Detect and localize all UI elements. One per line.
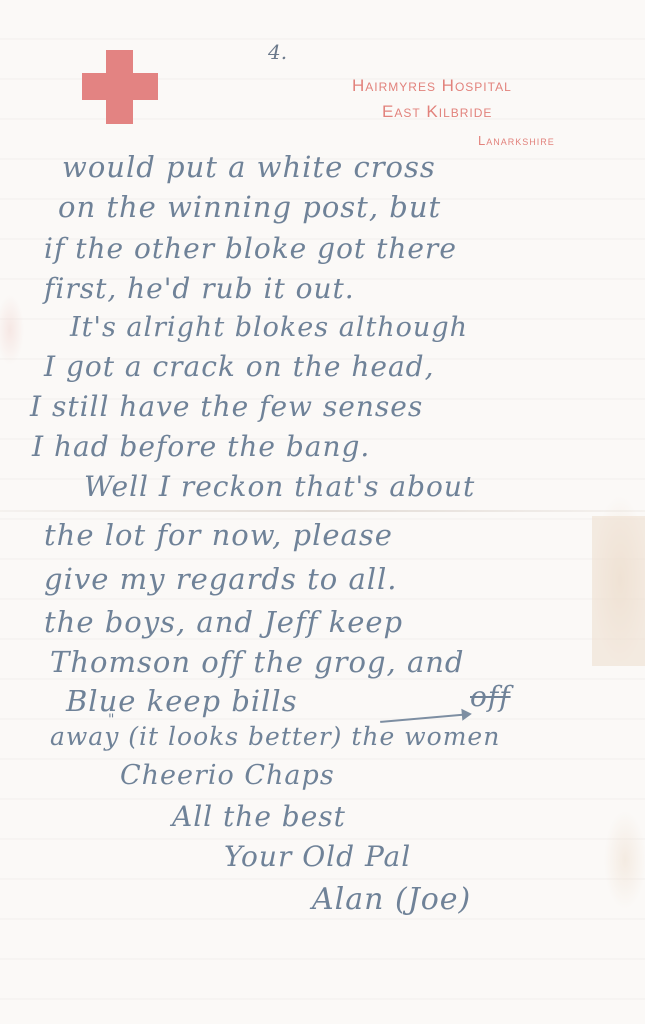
letter-line-11: give my regards to all. xyxy=(44,562,398,596)
red-cross-horizontal-bar xyxy=(82,73,158,100)
letter-line-12: the boys, and Jeff keep xyxy=(44,605,403,639)
letterhead-county: Lanarkshire xyxy=(478,133,555,148)
valediction-line: Your Old Pal xyxy=(224,840,411,873)
letterhead-hospital-name: Hairmyres Hospital xyxy=(352,76,512,96)
closing-line: All the best xyxy=(172,800,346,833)
page-number: 4. xyxy=(268,40,287,64)
struck-out-word: off xyxy=(470,680,511,713)
letter-line-6: I got a crack on the head, xyxy=(44,350,434,383)
red-cross-icon xyxy=(82,50,158,124)
letter-line-13: Thomson off the grog, and xyxy=(50,645,465,679)
letter-line-16: Cheerio Chaps xyxy=(120,760,335,791)
letter-line-3: if the other bloke got there xyxy=(44,232,457,265)
letter-line-4: first, he'd rub it out. xyxy=(44,272,355,305)
paper-fold-crease xyxy=(0,510,645,512)
paper-stain xyxy=(592,516,645,666)
letter-line-1: would put a white cross xyxy=(62,150,436,184)
letter-line-15: away (it looks better) the women xyxy=(50,722,500,751)
letter-line-8: I had before the bang. xyxy=(32,430,370,463)
letter-line-7: I still have the few senses xyxy=(30,390,423,423)
signature: Alan (Joe) xyxy=(312,882,471,917)
letter-line-5: It's alright blokes although xyxy=(70,312,468,343)
letter-line-9: Well I reckon that's about xyxy=(84,470,475,503)
letterhead-town: East Kilbride xyxy=(382,102,492,122)
letter-line-14: Blue keep bills xyxy=(66,684,298,718)
letter-line-10: the lot for now, please xyxy=(44,518,393,552)
letter-line-2: on the winning post, but xyxy=(58,190,441,224)
